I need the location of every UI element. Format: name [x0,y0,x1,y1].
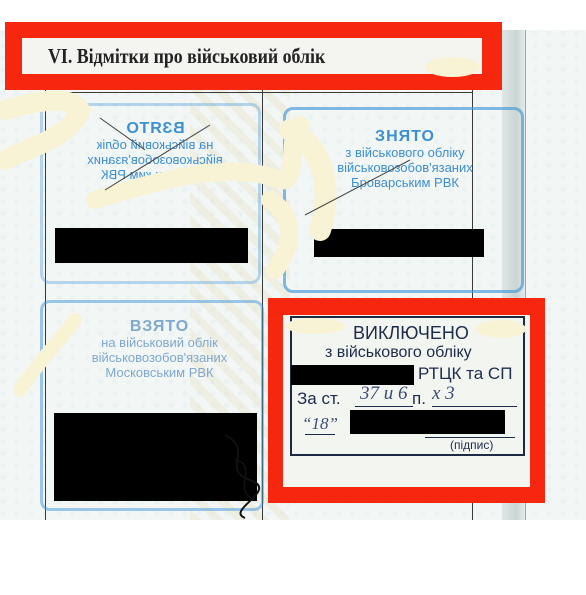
stamp-line: військовозобов'язаних [65,153,245,168]
excluded-stamp-subtitle: з військового обліку [325,344,472,362]
stamp-line: Московським РВК [62,366,257,381]
article-value: 37 и 6 [360,383,408,405]
stamp-deregistered-brovary: ЗНЯТО з військового обліку військовозобо… [305,128,505,191]
point-underline [432,406,517,407]
section-title: VI. Відмітки про військовий облік [48,44,325,69]
article-label: За ст. [297,389,341,409]
stamp-line: Броварським РВК [65,168,245,183]
redaction-bar [350,410,505,434]
scribble-mark [285,318,345,334]
signature-label: (підпис) [450,438,493,452]
stamp-line: військовозобов'язаних [62,351,257,366]
date-day: “18” [302,414,338,434]
grid-line [45,92,472,93]
stamp-line: на військовий облік [65,138,245,153]
redaction-bar [314,229,484,257]
stamp-line: на військовий облік [62,336,257,351]
scribble-mark [425,57,480,77]
stamp-line: з військового обліку [305,146,505,161]
signature [215,430,265,520]
stamp-line: ЗНЯТО [305,128,505,146]
date-underline [305,434,335,435]
stamp-line: Броварським РВК [305,176,505,191]
scribble-mark [476,320,526,338]
stamp-registered-brovary: ВЗЯТО на військовий облік військовозобов… [65,120,245,183]
article-underline [355,406,413,407]
point-value: х 3 [432,383,455,405]
stamp-line: ВЗЯТО [65,120,245,138]
excluded-stamp-title: ВИКЛЮЧЕНО [353,323,469,344]
redaction-bar [55,228,248,263]
stamp-registered-moscow: ВЗЯТО на військовий облік військовозобов… [62,318,257,381]
stamp-line: військовозобов'язаних [305,161,505,176]
excluded-stamp-office: РТЦК та СП [418,364,512,384]
stamp-line: ВЗЯТО [62,318,257,336]
point-label: п. [412,389,426,409]
redaction-bar [291,365,414,385]
